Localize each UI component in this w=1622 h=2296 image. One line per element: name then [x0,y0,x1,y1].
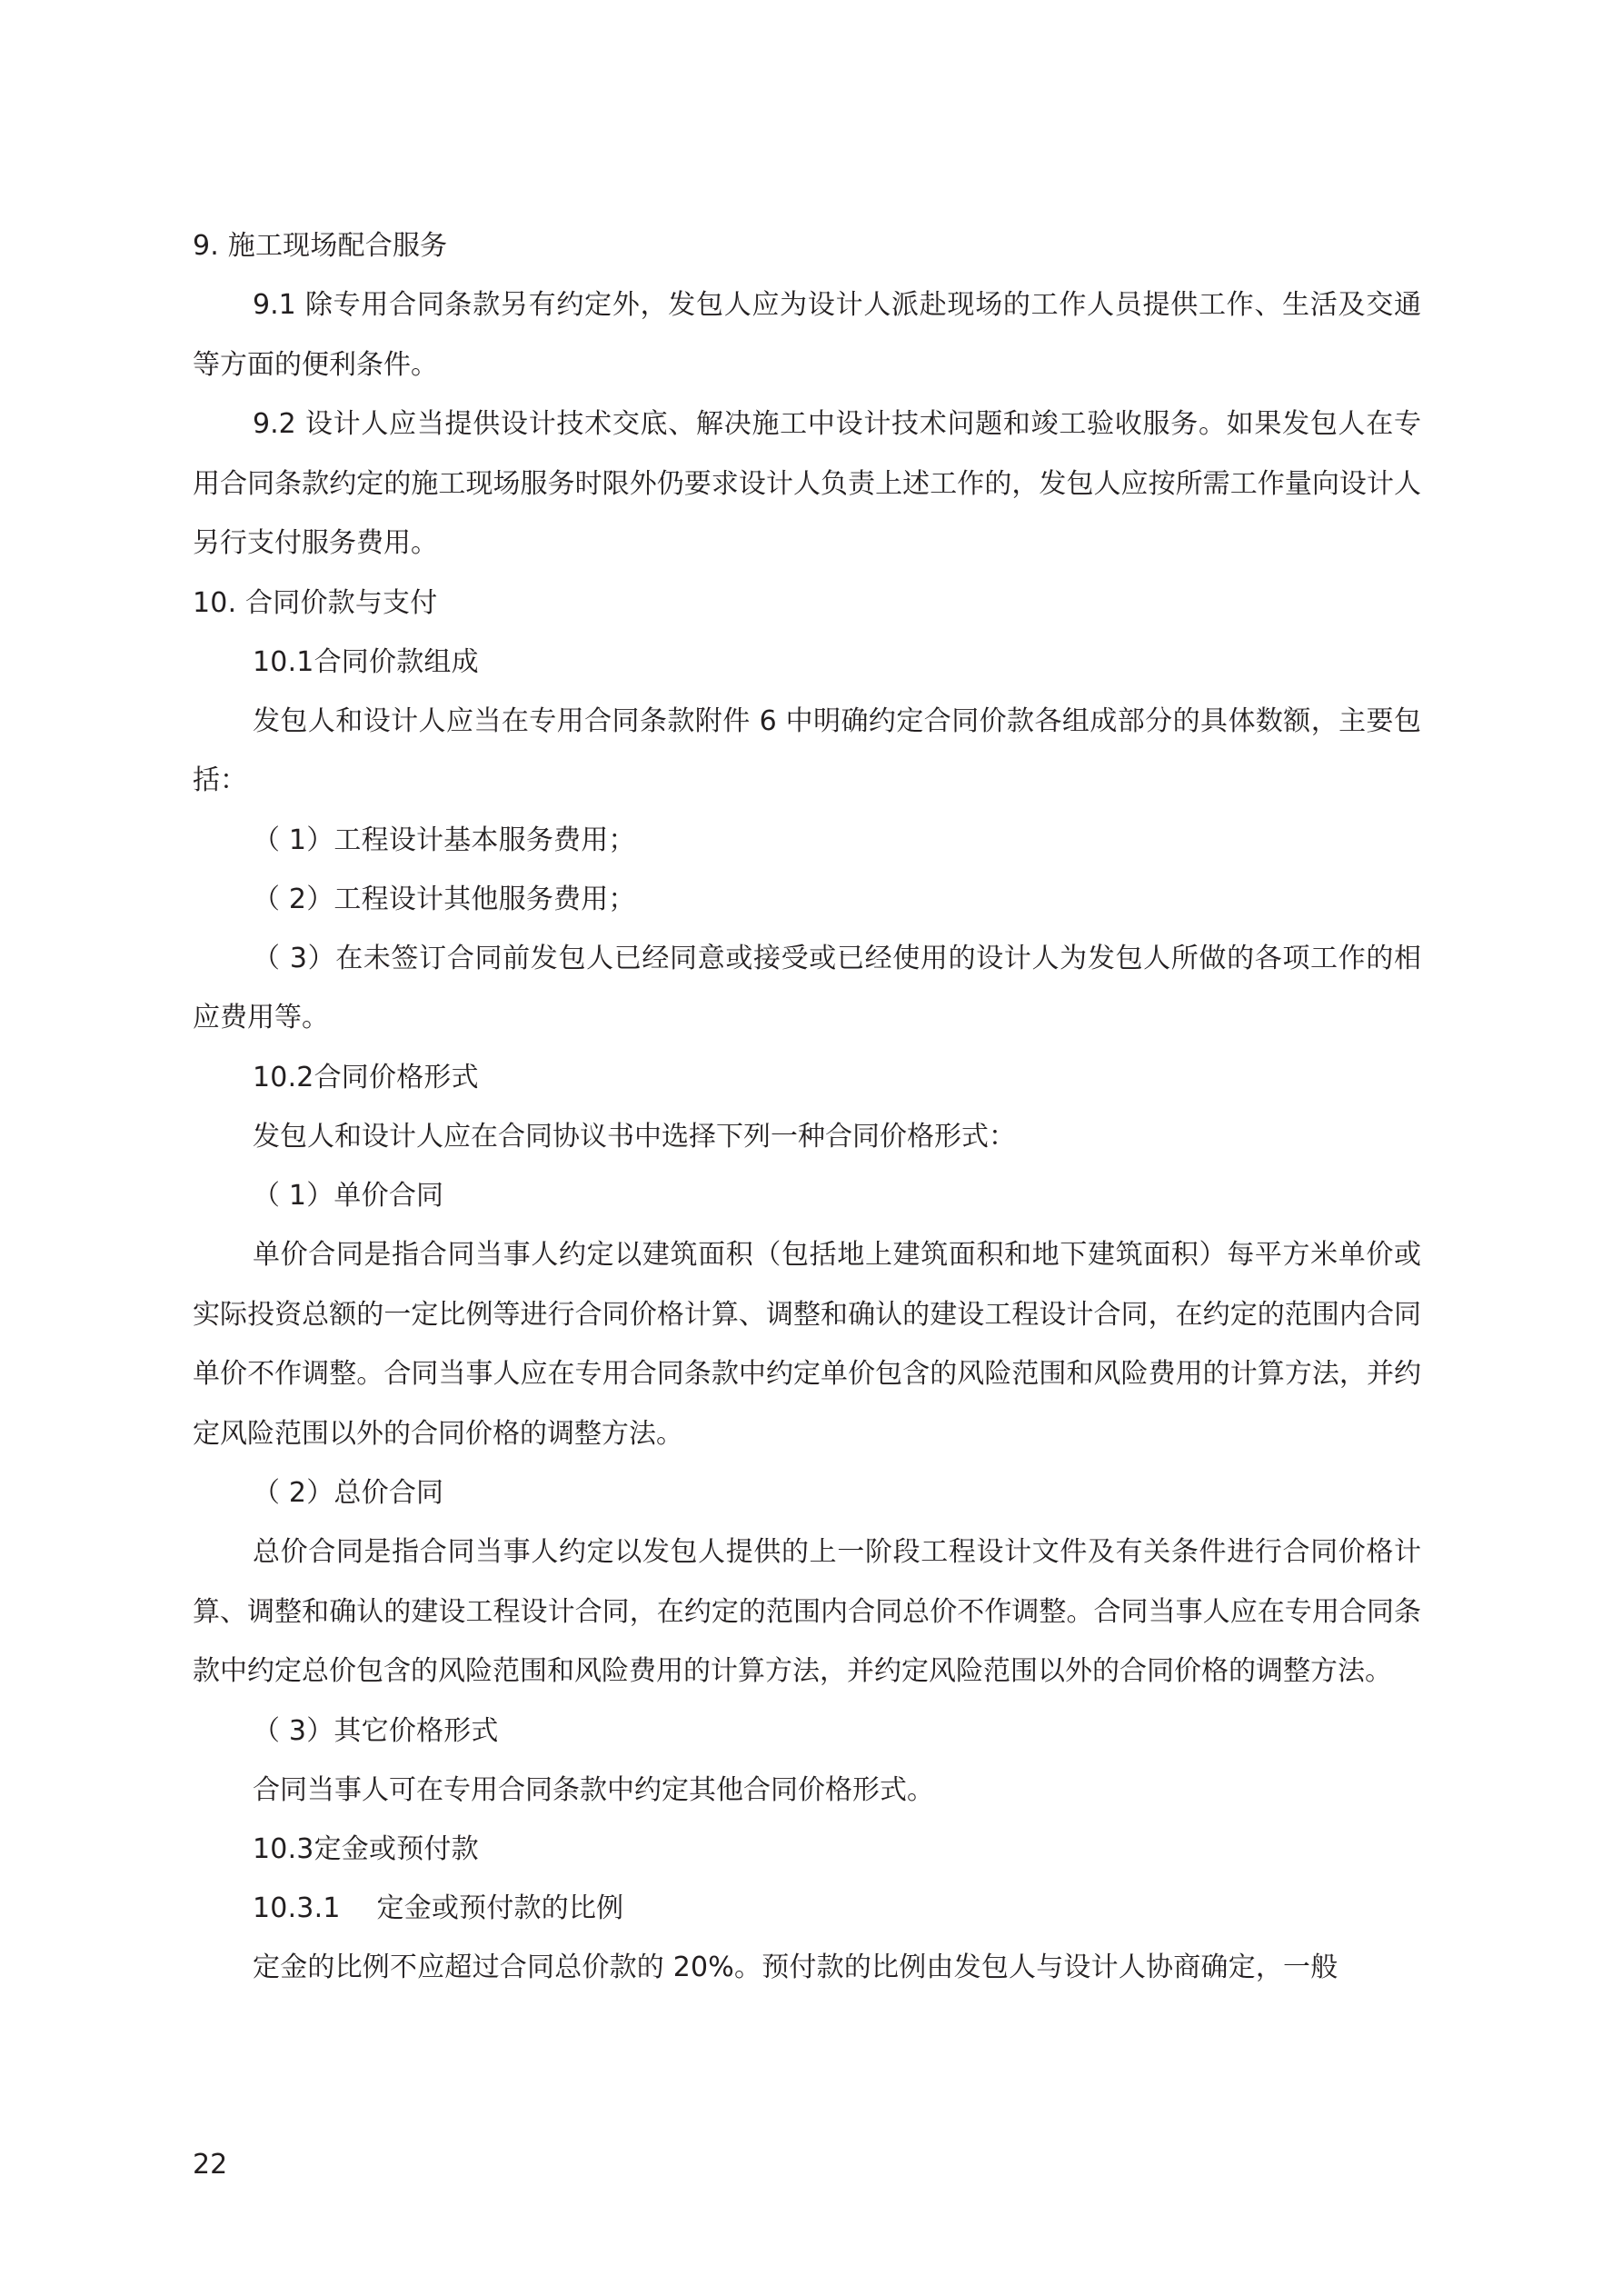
list-item-basic-service-fee: （ 1）工程设计基本服务费用； [193,811,1421,870]
subheading-10-3: 10.3定金或预付款 [193,1820,1421,1879]
list-item-other-service-fee: （ 2）工程设计其他服务费用； [193,870,1421,929]
list-item-precontract-fee: （ 3）在未签订合同前发包人已经同意或接受或已经使用的设计人为发包人所做的各项工… [193,929,1421,1048]
subheading-10-3-1: 10.3.1 定金或预付款的比例 [193,1879,1421,1938]
paragraph-price-components: 发包人和设计人应当在专用合同条款附件 6 中明确约定合同价款各组成部分的具体数额… [193,692,1421,811]
subheading-10-2: 10.2合同价格形式 [193,1048,1421,1107]
paragraph-price-form-choice: 发包人和设计人应在合同协议书中选择下列一种合同价格形式： [193,1107,1421,1167]
section-heading-9: 9. 施工现场配合服务 [193,216,1421,275]
paragraph-lump-sum-contract: 总价合同是指合同当事人约定以发包人提供的上一阶段工程设计文件及有关条件进行合同价… [193,1522,1421,1702]
section-heading-10: 10. 合同价款与支付 [193,574,1421,633]
paragraph-deposit-ratio: 定金的比例不应超过合同总价款的 20%。预付款的比例由发包人与设计人协商确定，一… [193,1938,1421,1997]
clause-9-1: 9.1 除专用合同条款另有约定外，发包人应为设计人派赴现场的工作人员提供工作、生… [193,275,1421,394]
document-page: 9. 施工现场配合服务 9.1 除专用合同条款另有约定外，发包人应为设计人派赴现… [193,216,1421,1997]
list-item-unit-price-contract: （ 1）单价合同 [193,1166,1421,1225]
clause-9-2: 9.2 设计人应当提供设计技术交底、解决施工中设计技术问题和竣工验收服务。如果发… [193,394,1421,574]
subheading-10-1: 10.1合同价款组成 [193,633,1421,692]
paragraph-other-price-form: 合同当事人可在专用合同条款中约定其他合同价格形式。 [193,1761,1421,1821]
list-item-lump-sum-contract: （ 2）总价合同 [193,1463,1421,1522]
list-item-other-price-form: （ 3）其它价格形式 [193,1702,1421,1761]
paragraph-unit-price-contract: 单价合同是指合同当事人约定以建筑面积（包括地上建筑面积和地下建筑面积）每平方米单… [193,1225,1421,1463]
page-number: 22 [193,2147,227,2183]
